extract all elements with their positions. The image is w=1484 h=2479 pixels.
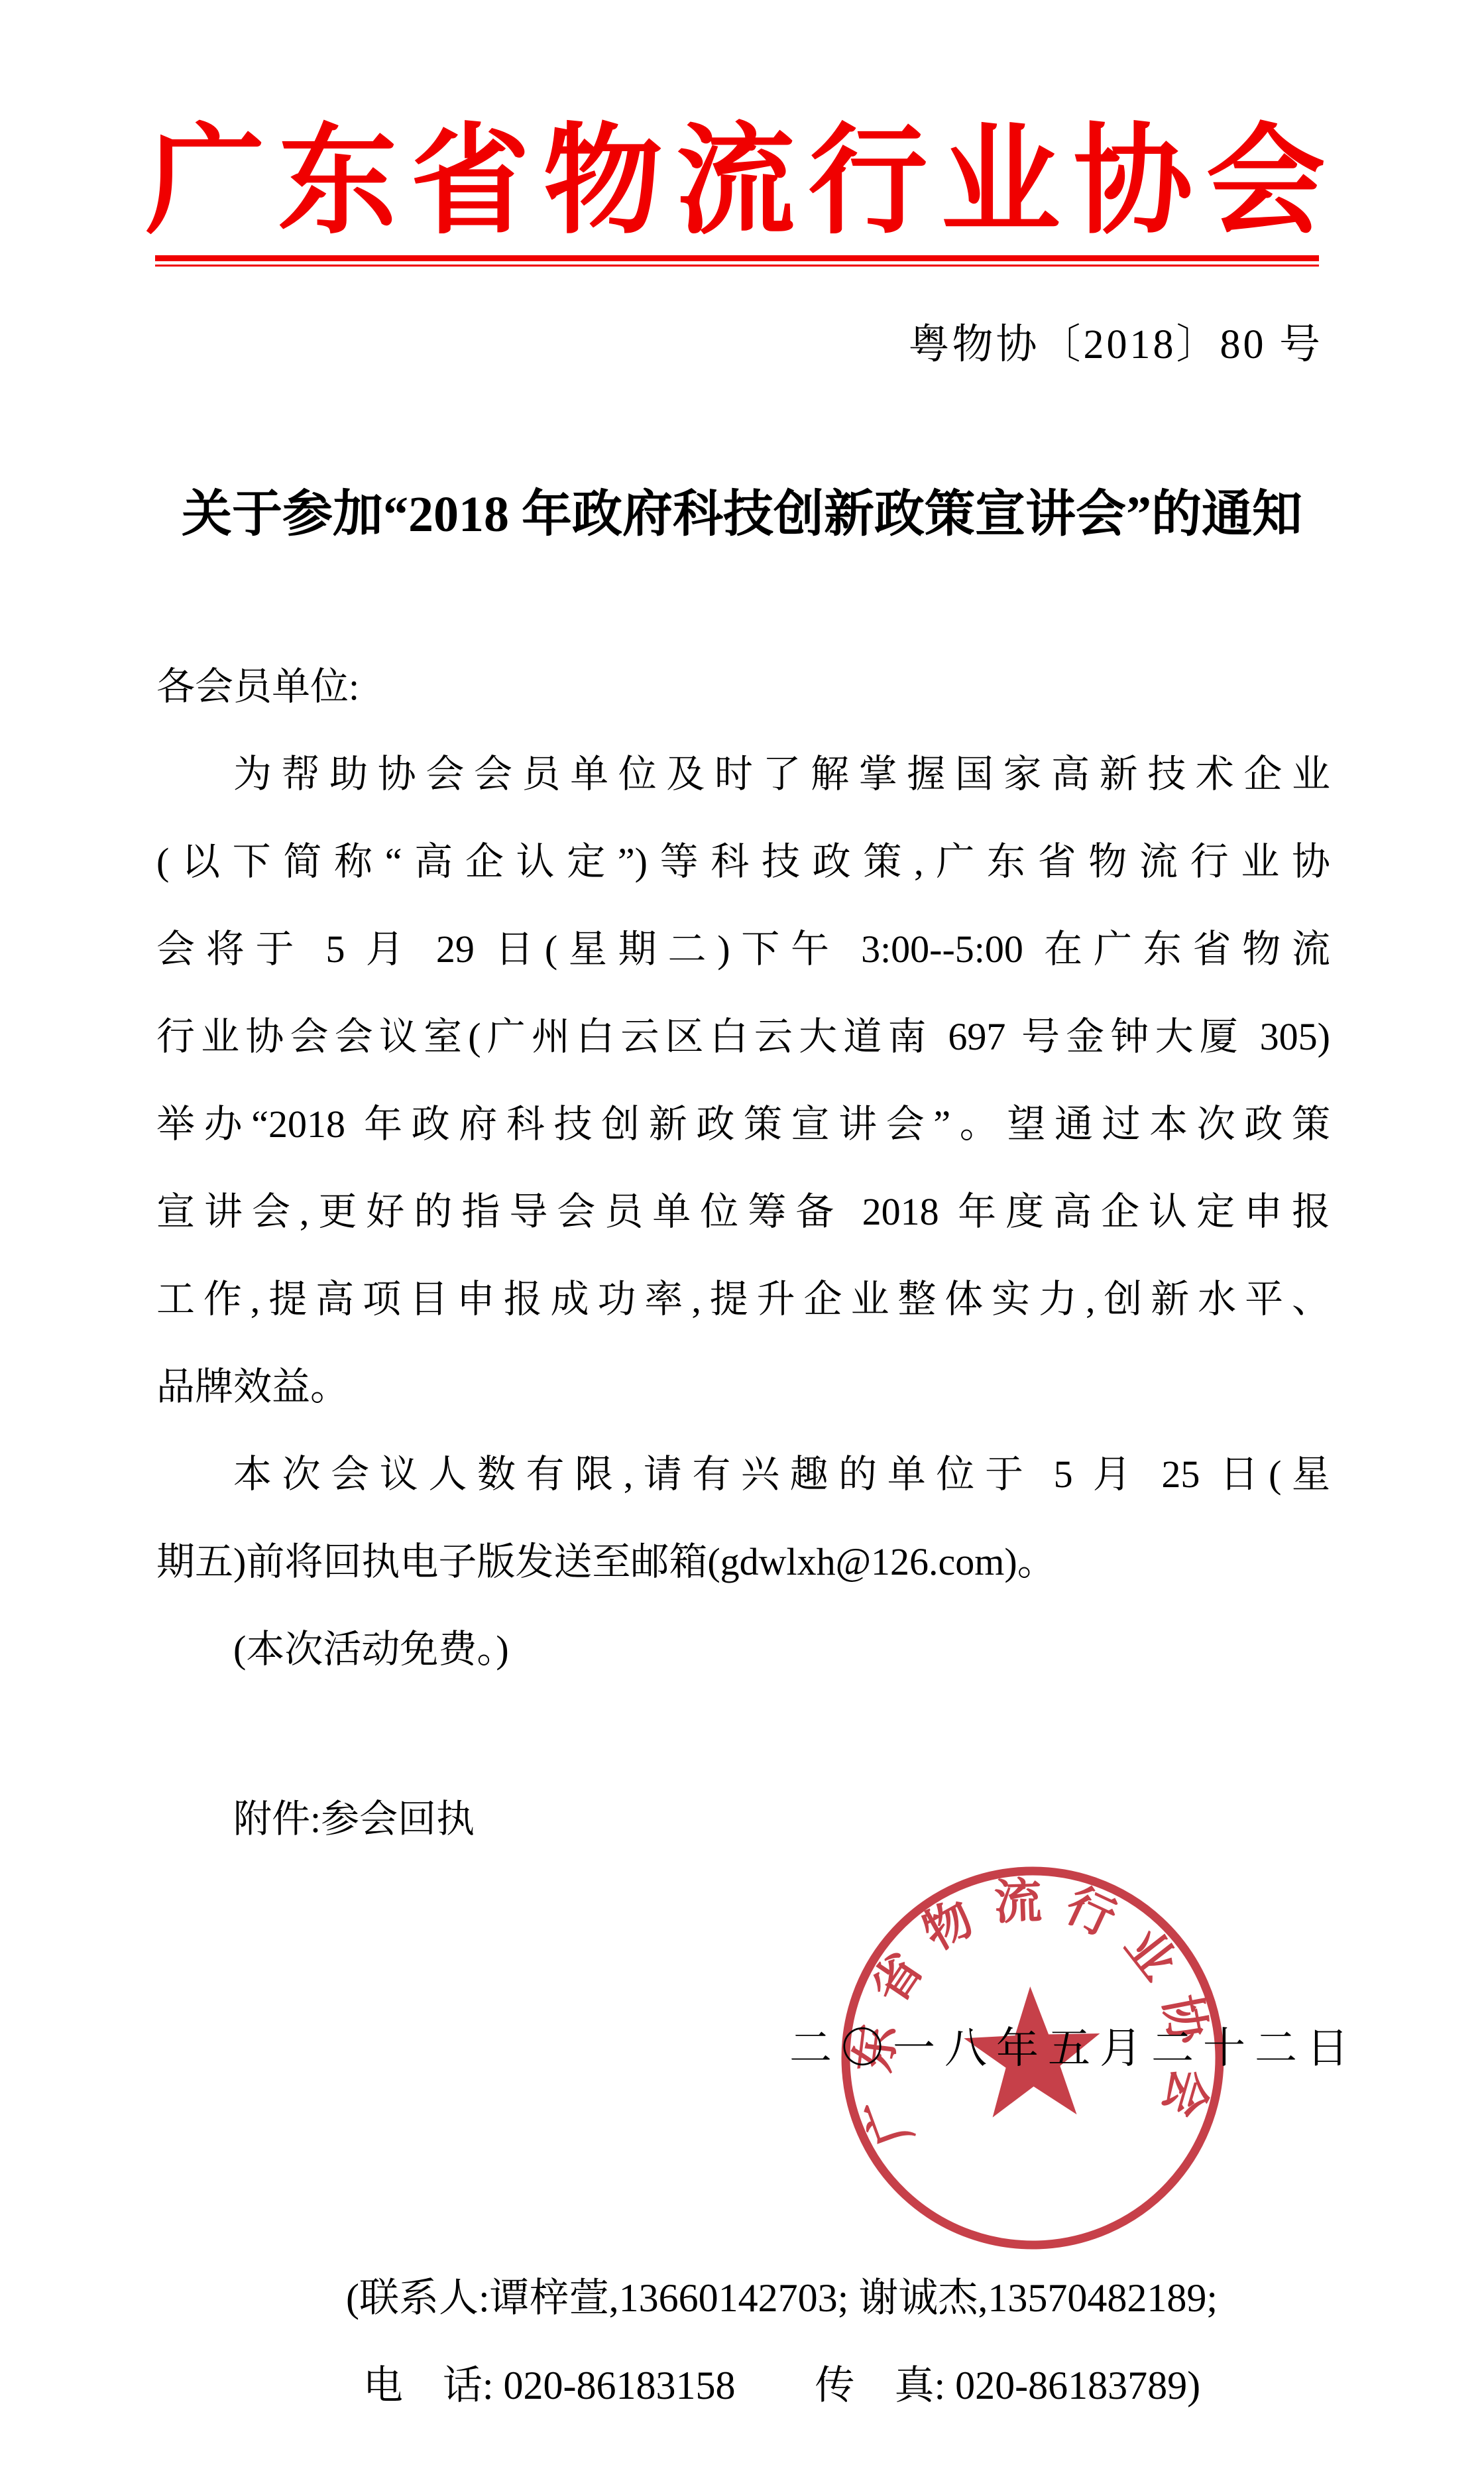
body-line: 宣讲会,更好的指导会员单位筹备 2018 年度高企认定申报 xyxy=(156,1168,1330,1256)
notice-document: 广东省物流行业协会 粤物协〔2018〕80 号 关于参加“2018 年政府科技创… xyxy=(0,0,1484,2479)
contact-line: 电 话: 020-86183158 传 真: 020-86183789) xyxy=(199,2342,1365,2429)
notice-body: 各会员单位: 为帮助协会会员单位及时了解掌握国家高新技术企业 (以下简称“高企认… xyxy=(156,643,1330,1863)
body-line: 期五)前将回执电子版发送至邮箱(gdwlxh@126.com)。 xyxy=(156,1518,1330,1606)
signature-date: 二〇一八年五月二十二日 xyxy=(789,2016,1358,2082)
body-line: 品牌效益。 xyxy=(156,1343,1330,1431)
header-divider-thick xyxy=(155,255,1319,261)
header-divider-thin xyxy=(155,265,1319,267)
org-name: 广东省物流行业协会 xyxy=(0,99,1484,265)
body-line: (以下简称“高企认定”)等科技政策,广东省物流行业协 xyxy=(156,818,1330,906)
attachment-line: 附件:参会回执 xyxy=(156,1776,1330,1863)
body-line: 行业协会会议室(广州白云区白云大道南 697 号金钟大厦 305) xyxy=(156,993,1330,1081)
doc-number: 粤物协〔2018〕80 号 xyxy=(908,318,1323,371)
body-line: 会将于 5 月 29 日(星期二)下午 3:00--5:00 在广东省物流 xyxy=(156,906,1330,993)
body-line: 举办“2018 年政府科技创新政策宣讲会”。望通过本次政策 xyxy=(156,1081,1330,1168)
body-line: 各会员单位: xyxy=(156,643,1330,731)
body-line: 工作,提高项目申报成功率,提升企业整体实力,创新水平、 xyxy=(156,1256,1330,1343)
contact-block: (联系人:谭梓萱,13660142703; 谢诚杰,13570482189; 电… xyxy=(199,2254,1365,2429)
contact-line: (联系人:谭梓萱,13660142703; 谢诚杰,13570482189; xyxy=(199,2254,1365,2342)
notice-title: 关于参加“2018 年政府科技创新政策宣讲会”的通知 xyxy=(73,481,1411,548)
body-line: 为帮助协会会员单位及时了解掌握国家高新技术企业 xyxy=(156,731,1330,818)
body-line: (本次活动免费。) xyxy=(156,1606,1330,1693)
body-line: 本次会议人数有限,请有兴趣的单位于 5 月 25 日(星 xyxy=(156,1431,1330,1518)
